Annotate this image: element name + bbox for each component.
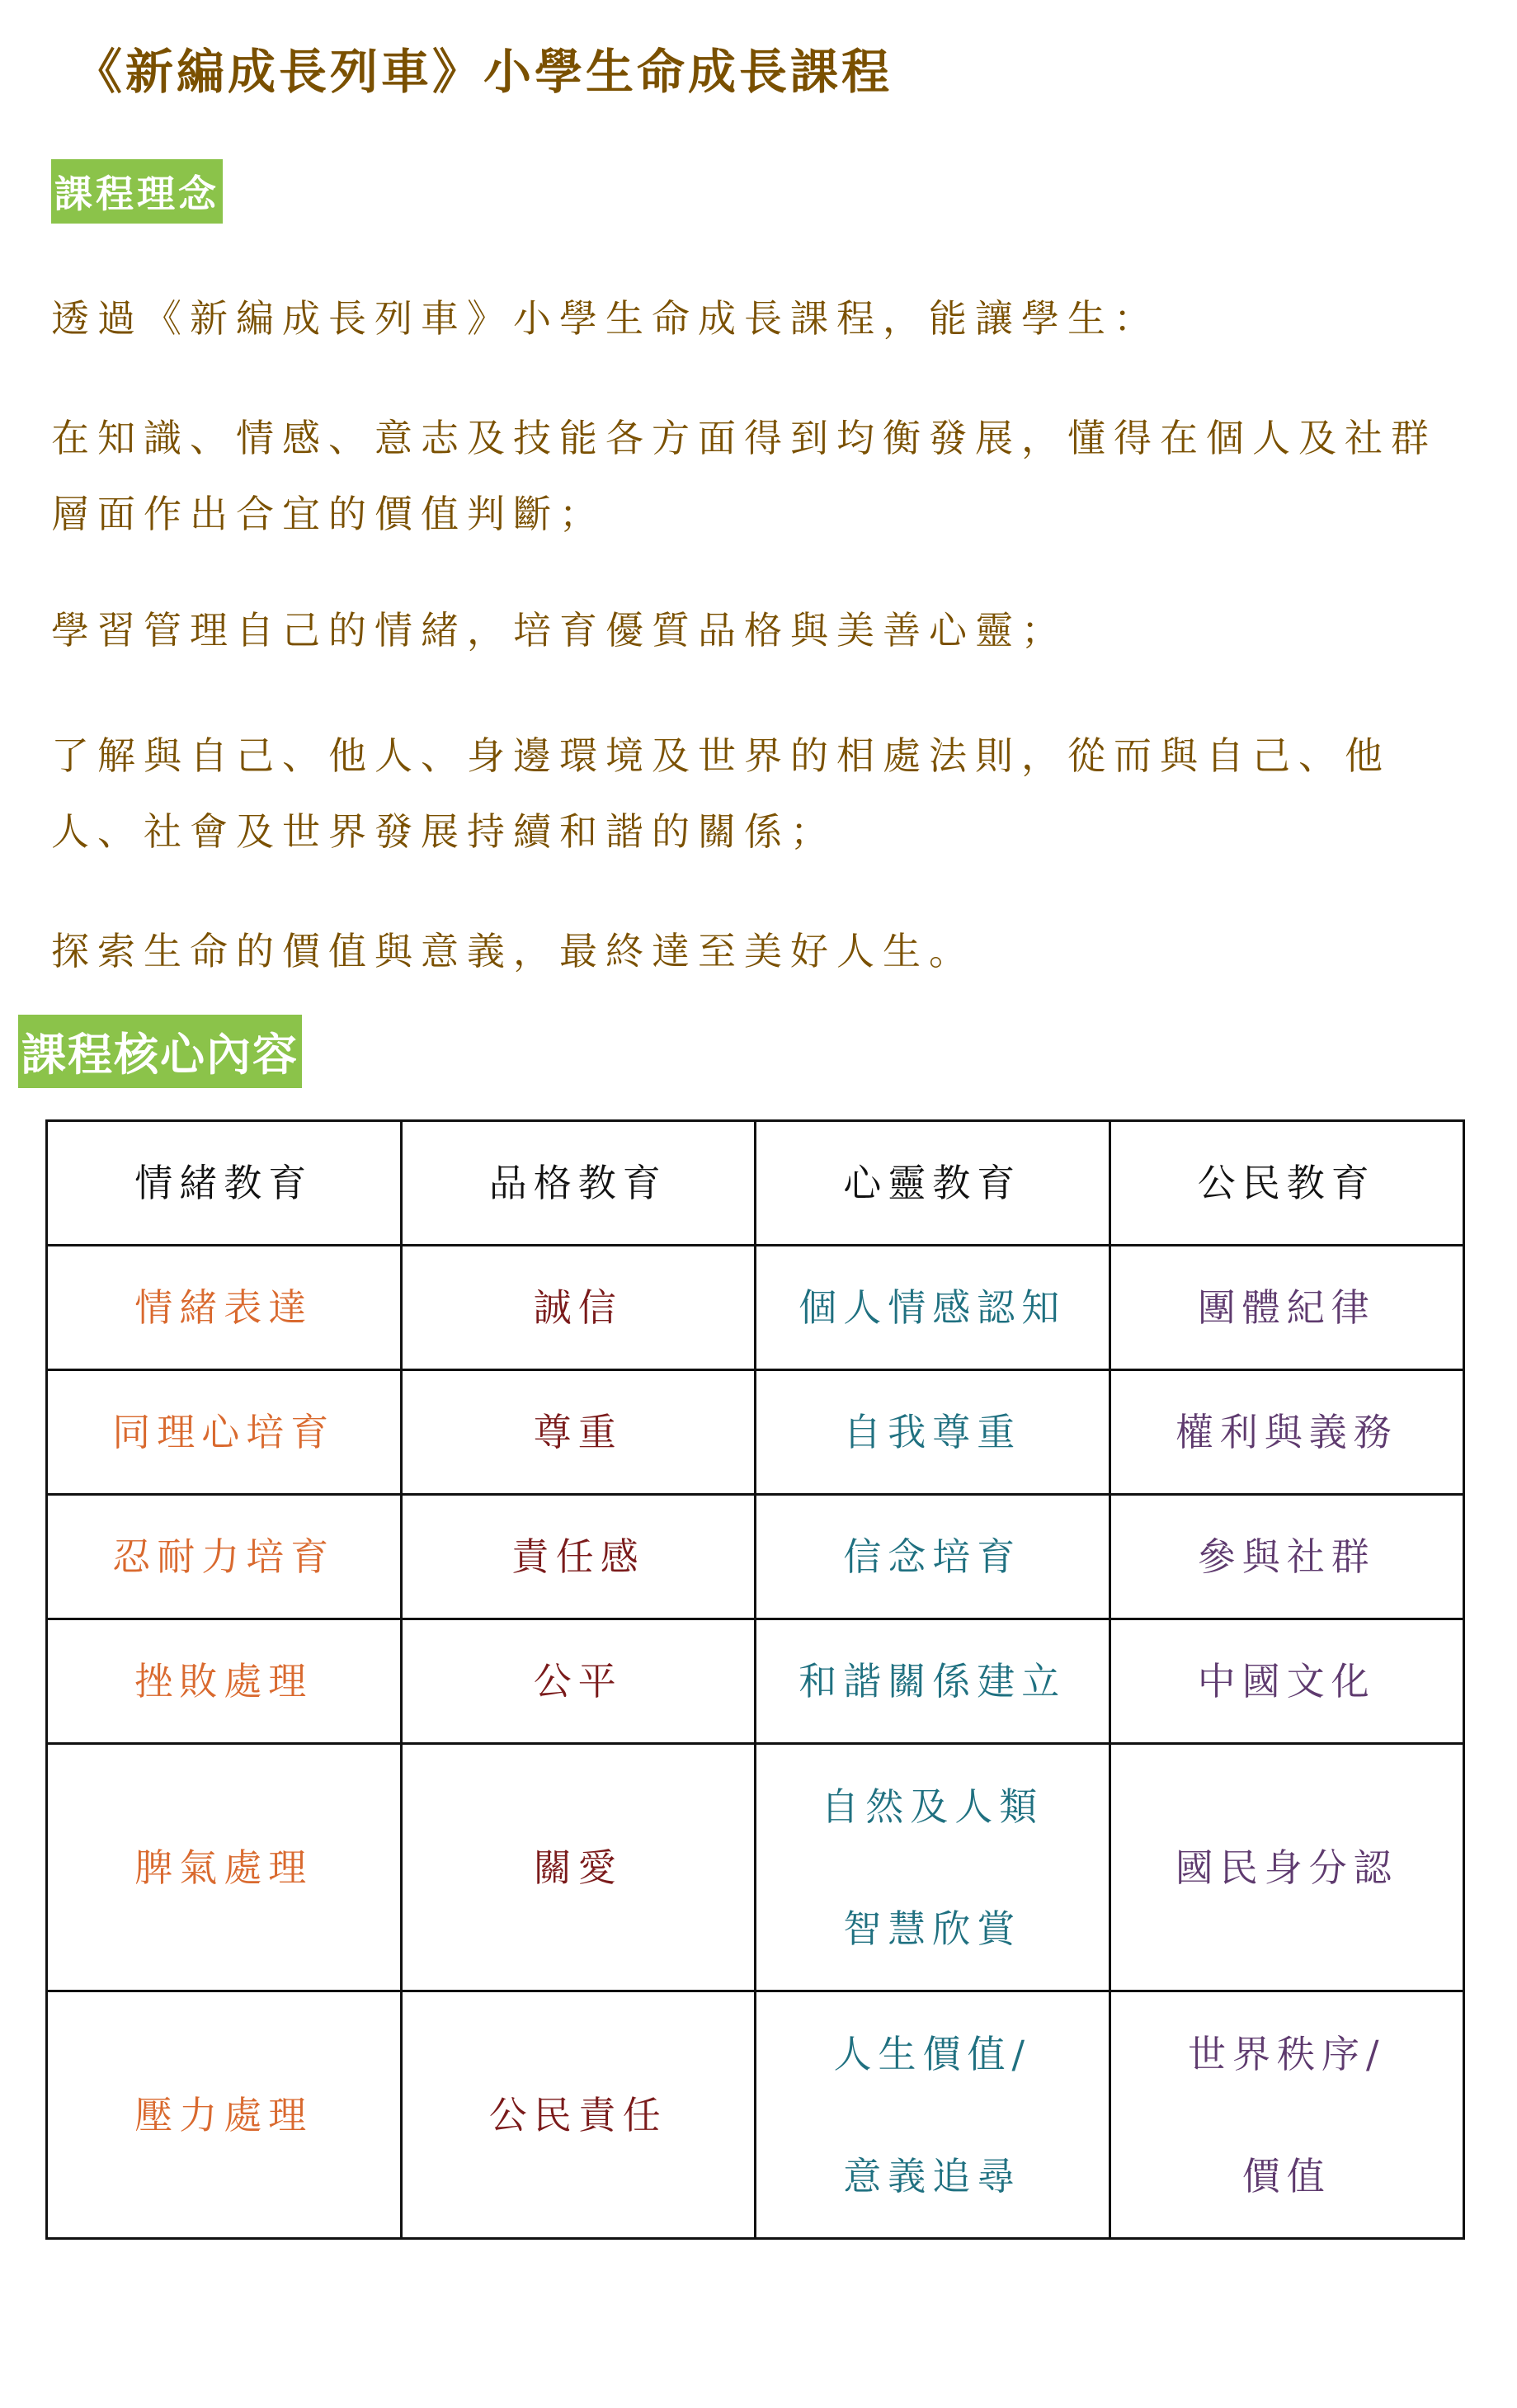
table-cell: 個人情感認知: [756, 1246, 1110, 1370]
table-header-row: 情緒教育 品格教育 心靈教育 公民教育: [47, 1121, 1464, 1246]
cell-text: 責任感: [403, 1526, 754, 1587]
table-cell: 世界秩序/價值: [1109, 1991, 1464, 2239]
table-cell: 挫敗處理: [47, 1619, 402, 1744]
cell-text: 世界秩序/: [1112, 2024, 1463, 2085]
core-content-table: 情緒教育 品格教育 心靈教育 公民教育 情緒表達 誠信 個人情感認知 團體紀律 …: [45, 1119, 1465, 2240]
philosophy-point: 學習管理自己的情緒，培育優質品格與美善心靈；: [51, 592, 1470, 668]
cell-text: 情緒表達: [49, 1277, 399, 1338]
table-cell: 信念培育: [756, 1495, 1110, 1619]
table-row: 同理心培育 尊重 自我尊重 權利與義務: [47, 1370, 1464, 1495]
cell-text: 權利與義務: [1112, 1402, 1463, 1463]
table-cell: 情緒表達: [47, 1246, 402, 1370]
philosophy-intro: 透過《新編成長列車》小學生命成長課程，能讓學生：: [51, 280, 1470, 356]
table-cell: 參與社群: [1109, 1495, 1464, 1619]
table-cell: 脾氣處理: [47, 1744, 402, 1991]
table-cell: 壓力處理: [47, 1991, 402, 2239]
cell-text: 公民責任: [403, 2085, 754, 2146]
table-cell: 中國文化: [1109, 1619, 1464, 1744]
table-cell: 尊重: [401, 1370, 756, 1495]
table-cell: 自然及人類智慧欣賞: [756, 1744, 1110, 1991]
cell-text: 公平: [403, 1651, 754, 1712]
table-row: 脾氣處理 關愛 自然及人類智慧欣賞 國民身分認: [47, 1744, 1464, 1991]
table-cell: 公平: [401, 1619, 756, 1744]
cell-text: 和諧關係建立: [757, 1651, 1108, 1712]
philosophy-point: 探索生命的價值與意義，最終達至美好人生。: [51, 913, 1470, 989]
table-row: 忍耐力培育 責任感 信念培育 參與社群: [47, 1495, 1464, 1619]
table-cell: 自我尊重: [756, 1370, 1110, 1495]
cell-text: 關愛: [403, 1837, 754, 1898]
cell-text: 信念培育: [757, 1526, 1108, 1587]
cell-text: 同理心培育: [49, 1402, 399, 1463]
table-row: 壓力處理 公民責任 人生價值/意義追尋 世界秩序/價值: [47, 1991, 1464, 2239]
philosophy-point: 在知識、情感、意志及技能各方面得到均衡發展，懂得在個人及社群層面作出合宜的價值判…: [51, 400, 1470, 552]
cell-text: 自我尊重: [757, 1402, 1108, 1463]
table-cell: 和諧關係建立: [756, 1619, 1110, 1744]
column-header-character: 品格教育: [401, 1121, 756, 1246]
cell-text: 人生價值/: [757, 2024, 1108, 2085]
cell-text: 尊重: [403, 1402, 754, 1463]
page-title: 《新編成長列車》小學生命成長課程: [74, 33, 893, 102]
cell-text: 智慧欣賞: [757, 1898, 1108, 1959]
table-cell: 關愛: [401, 1744, 756, 1991]
philosophy-point: 了解與自己、他人、身邊環境及世界的相處法則，從而與自己、他人、社會及世界發展持續…: [51, 718, 1470, 869]
section-heading-philosophy: 課程理念: [51, 159, 223, 224]
table-cell: 責任感: [401, 1495, 756, 1619]
cell-text: 忍耐力培育: [49, 1526, 399, 1587]
cell-text: 壓力處理: [49, 2085, 399, 2146]
table-row: 情緒表達 誠信 個人情感認知 團體紀律: [47, 1246, 1464, 1370]
cell-text: 價值: [1112, 2146, 1463, 2207]
cell-text: 誠信: [403, 1277, 754, 1338]
column-header-spiritual: 心靈教育: [756, 1121, 1110, 1246]
cell-text: 國民身分認: [1112, 1837, 1463, 1898]
cell-text: 個人情感認知: [757, 1277, 1108, 1338]
table-cell: 人生價值/意義追尋: [756, 1991, 1110, 2239]
cell-text: 自然及人類: [757, 1776, 1108, 1837]
cell-text: 團體紀律: [1112, 1277, 1463, 1338]
section-heading-core: 課程核心內容: [18, 1015, 302, 1088]
table-cell: 權利與義務: [1109, 1370, 1464, 1495]
column-header-emotion: 情緒教育: [47, 1121, 402, 1246]
table-cell: 誠信: [401, 1246, 756, 1370]
table-row: 挫敗處理 公平 和諧關係建立 中國文化: [47, 1619, 1464, 1744]
table-cell: 國民身分認: [1109, 1744, 1464, 1991]
table-cell: 同理心培育: [47, 1370, 402, 1495]
cell-text: 挫敗處理: [49, 1651, 399, 1712]
table-cell: 忍耐力培育: [47, 1495, 402, 1619]
cell-text: 意義追尋: [757, 2146, 1108, 2207]
cell-text: 參與社群: [1112, 1526, 1463, 1587]
column-header-civic: 公民教育: [1109, 1121, 1464, 1246]
cell-text: 脾氣處理: [49, 1837, 399, 1898]
cell-text: 中國文化: [1112, 1651, 1463, 1712]
table-cell: 團體紀律: [1109, 1246, 1464, 1370]
table-cell: 公民責任: [401, 1991, 756, 2239]
